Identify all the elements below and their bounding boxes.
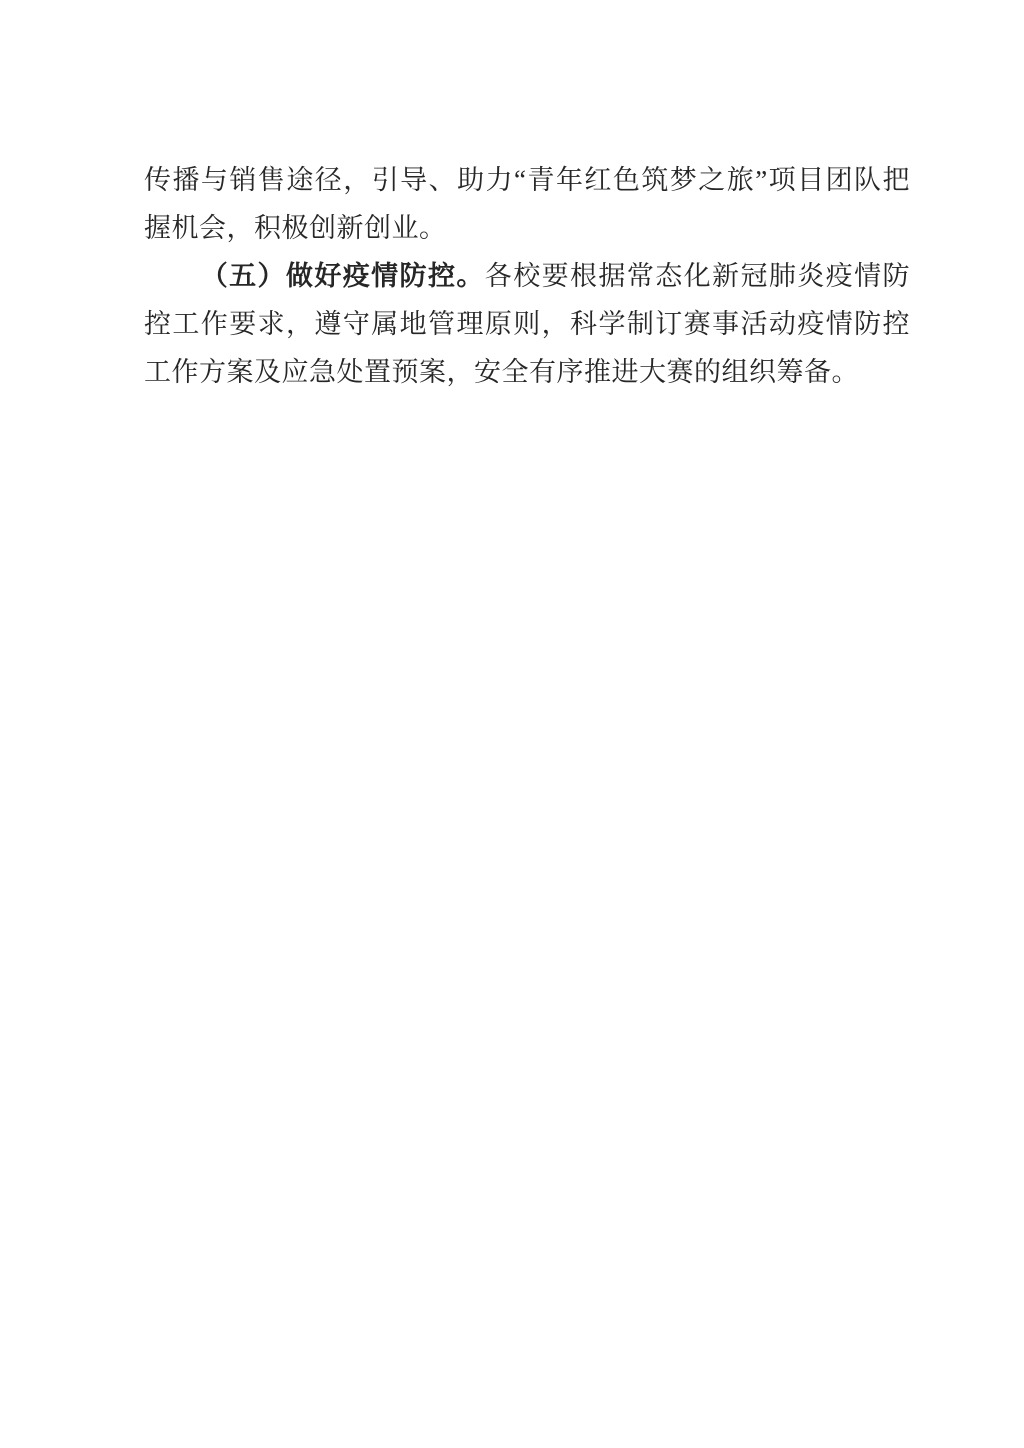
section-heading: （五）做好疫情防控。 bbox=[201, 261, 485, 291]
document-page: 传播与销售途径，引导、助力“青年红色筑梦之旅”项目团队把握机会，积极创新创业。 … bbox=[0, 0, 1024, 1448]
document-body: 传播与销售途径，引导、助力“青年红色筑梦之旅”项目团队把握机会，积极创新创业。 … bbox=[144, 156, 910, 396]
paragraph-continuation: 传播与销售途径，引导、助力“青年红色筑梦之旅”项目团队把握机会，积极创新创业。 bbox=[144, 156, 910, 252]
paragraph-section-5: （五）做好疫情防控。各校要根据常态化新冠肺炎疫情防控工作要求，遵守属地管理原则，… bbox=[144, 252, 910, 396]
text-run: 传播与销售途径，引导、助力“青年红色筑梦之旅”项目团队把握机会，积极创新创业。 bbox=[144, 165, 910, 243]
